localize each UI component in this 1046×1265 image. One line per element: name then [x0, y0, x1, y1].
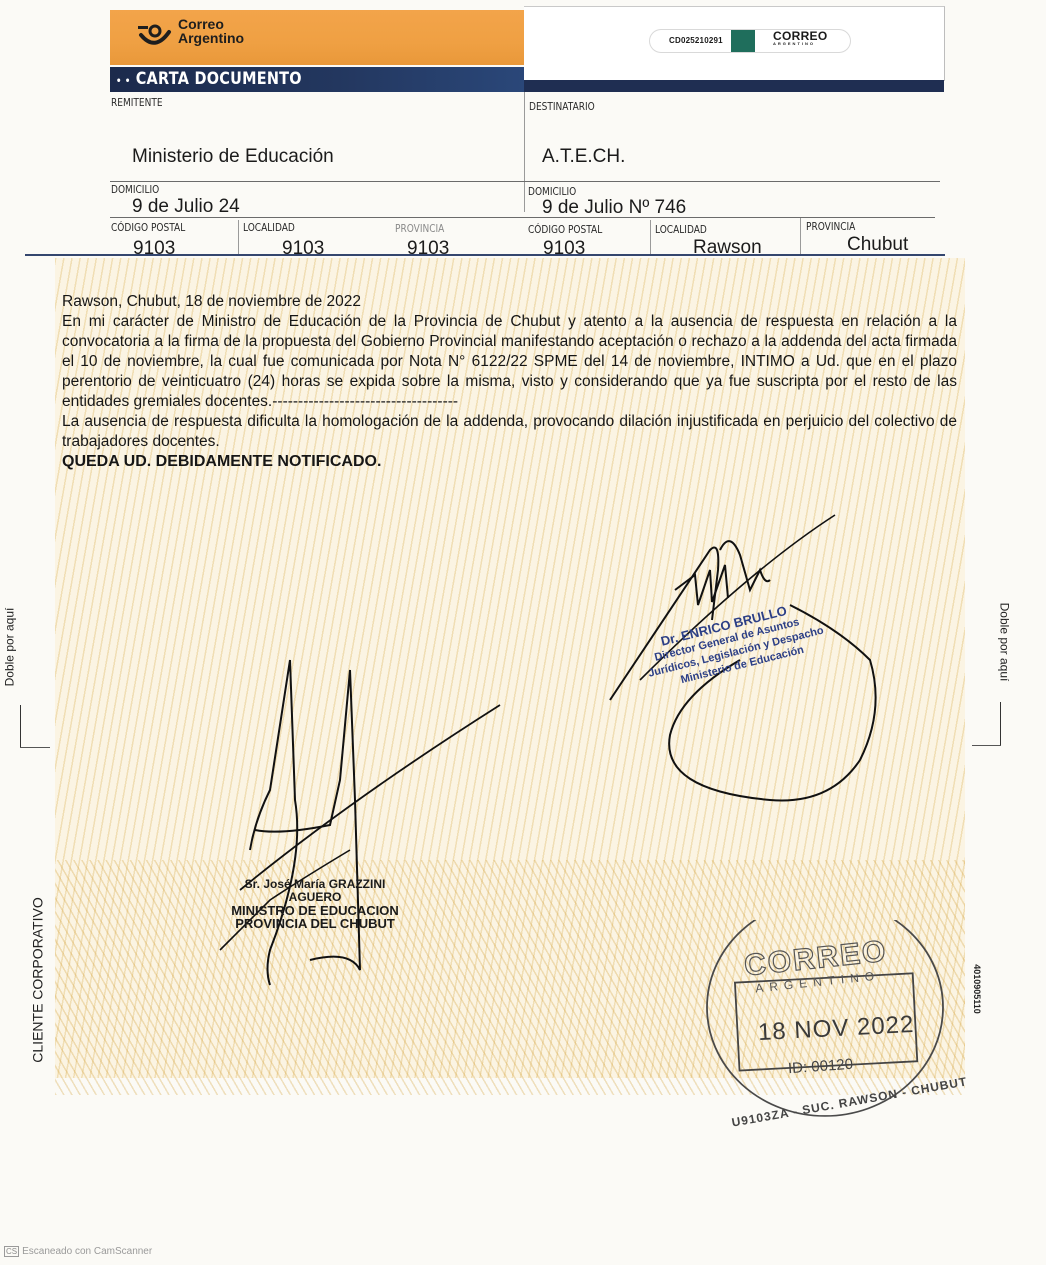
barcode-square-icon: [731, 30, 755, 52]
destinatario-localidad-label: LOCALIDAD: [655, 223, 707, 236]
remitente-label: REMITENTE: [111, 96, 163, 109]
divider: [110, 181, 940, 182]
brand-name: Correo Argentino: [178, 17, 244, 45]
scanner-text: Escaneado con CamScanner: [22, 1246, 152, 1257]
tear-line: [25, 254, 945, 260]
divider: [800, 218, 801, 254]
minister-name: Sr. José María GRAZZINI AGUERO: [220, 878, 410, 904]
fold-mark-right-h: [972, 745, 1001, 746]
minister-signature-block: Sr. José María GRAZZINI AGUERO MINISTRO …: [220, 878, 410, 930]
remitente-name: Ministerio de Educación: [132, 146, 334, 168]
letter-paragraph-2: La ausencia de respuesta dificulta la ho…: [62, 412, 957, 452]
brand-banner: [110, 10, 526, 65]
brand-line-1: Correo: [178, 17, 244, 31]
destinatario-provincia-label: PROVINCIA: [806, 220, 855, 233]
divider: [110, 217, 935, 218]
correo-argentino-logo-icon: [138, 20, 172, 48]
remitente-domicilio: 9 de Julio 24: [132, 196, 240, 218]
remitente-cp-label: CÓDIGO POSTAL: [111, 221, 185, 234]
signature-minister-icon: [210, 650, 520, 990]
tracking-number: CD025210291: [669, 36, 723, 45]
letter-closing: QUEDA UD. DEBIDAMENTE NOTIFICADO.: [62, 452, 957, 472]
destinatario-name: A.T.E.CH.: [542, 146, 625, 168]
letter-paragraph-1: En mi carácter de Ministro de Educación …: [62, 312, 957, 412]
minister-title-2: PROVINCIA DEL CHUBUT: [220, 917, 410, 930]
remitente-localidad-label: LOCALIDAD: [243, 221, 295, 234]
letter-date: Rawson, Chubut, 18 de noviembre de 2022: [62, 292, 957, 312]
fold-guide-left: Doble por aquí: [2, 608, 16, 687]
fold-mark-left: [20, 705, 21, 747]
form-code: 4010905110: [972, 964, 982, 1014]
dot-icon: • •: [116, 76, 131, 87]
destinatario-provincia: Chubut: [847, 234, 908, 256]
fold-guide-right: Doble por aquí: [997, 603, 1011, 682]
destinatario-domicilio: 9 de Julio Nº 746: [542, 197, 686, 219]
camscanner-icon: CS: [4, 1246, 19, 1257]
column-divider: [524, 92, 525, 212]
brand-line-2: Argentino: [178, 31, 244, 45]
letter-body: Rawson, Chubut, 18 de noviembre de 2022 …: [62, 292, 957, 472]
divider: [650, 220, 651, 256]
divider: [238, 220, 239, 256]
destinatario-label: DESTINATARIO: [529, 100, 595, 113]
document-type-text: CARTA DOCUMENTO: [136, 69, 302, 89]
remitente-provincia-label: PROVINCIA: [395, 222, 444, 235]
client-type-label: CLIENTE CORPORATIVO: [30, 897, 46, 1062]
brand-small-sub: ARGENTINO: [773, 41, 815, 46]
fold-mark-left-h: [20, 747, 50, 748]
document-type-bar-extension: [524, 80, 944, 92]
fold-mark-right: [1000, 702, 1001, 746]
document-type-title: • •CARTA DOCUMENTO: [116, 67, 302, 92]
destinatario-cp-label: CÓDIGO POSTAL: [528, 223, 602, 236]
remitente-domicilio-label: DOMICILIO: [111, 183, 159, 196]
scanner-watermark: CSEscaneado con CamScanner: [4, 1246, 152, 1257]
